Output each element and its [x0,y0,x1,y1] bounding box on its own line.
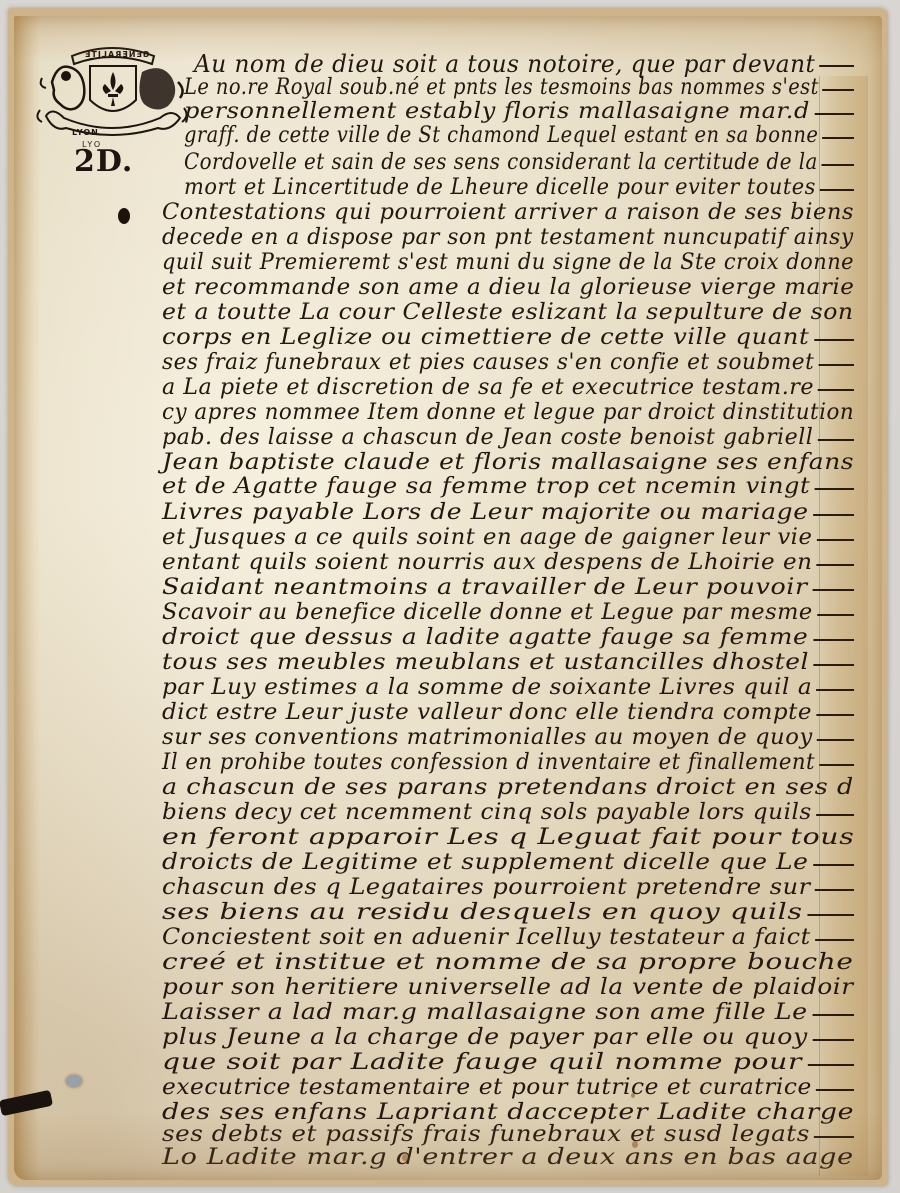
manuscript-line: dict estre Leur juste valleur donc elle … [162,700,812,725]
stamp-price: 2D. [74,144,133,179]
manuscript-line: ses fraiz funebraux et pies causes s'en … [162,350,814,375]
manuscript-line: Jean baptiste claude et floris mallasaig… [162,450,854,475]
manuscript-line: creé et institue et nomme de sa propre b… [162,950,853,975]
manuscript-line: corps en Leglize ou cimettiere de cette … [162,325,809,350]
manuscript-line: quil suit Premieremt s'est muni du signe… [162,250,854,275]
manuscript-line: ses biens au residu desquels en quoy qui… [162,900,803,925]
manuscript-line: personnellement estably floris mallasaig… [184,99,810,124]
manuscript-line: sur ses conventions matrimonialles au mo… [162,725,813,750]
manuscript-line: par Luy estimes a la somme de soixante L… [162,675,812,700]
manuscript-line: que soit par Ladite fauge quil nomme pou… [162,1050,802,1075]
manuscript-line: mort et Lincertitude de Lheure dicelle p… [184,175,816,200]
manuscript-line: et a toutte La cour Celleste eslizant la… [162,300,854,325]
manuscript-line: droict que dessus a ladite agatte fauge … [162,625,808,650]
manuscript-line: Le no.re Royal soub.né et pnts les tesmo… [184,75,819,100]
royal-tax-stamp: GENERALITE LYON LYO 2D. [32,42,192,192]
foxing-spot [631,1093,635,1098]
manuscript-line: Il en prohibe toutes confession d invent… [162,750,815,775]
manuscript-line: Saidant neantmoins a travailler de Leur … [162,575,808,600]
manuscript-line: Livres payable Lors de Leur majorite ou … [162,500,809,525]
manuscript-line: chascun des q Legataires pourroient pret… [162,875,811,900]
manuscript-line: graff. de cette ville de St chamond Lequ… [184,123,818,148]
manuscript-line: Contestations qui pourroient arriver a r… [162,200,854,225]
manuscript-line: et Jusques a ce quils soint en aage de g… [162,525,812,550]
manuscript-line: cy apres nommee Item donne et legue par … [162,400,854,425]
manuscript-line: et de Agatte fauge sa femme trop cet nce… [162,474,810,499]
stamp-banner-top-text: GENERALITE [84,50,150,59]
manuscript-line: Laisser a lad mar.g mallasaigne son ame … [162,1000,808,1025]
manuscript-line: entant quils soient nourris aux despens … [162,550,812,575]
manuscript-line: Au nom de dieu soit a tous notoire, que … [194,50,815,78]
manuscript-line: droicts de Legitime et supplement dicell… [162,850,808,875]
stamp-banner-bottom-text: LYON [72,128,99,137]
manuscript-line: tous ses meubles meublans et ustancilles… [162,650,809,675]
manuscript-line: plus Jeune a la charge de payer par elle… [162,1025,808,1050]
manuscript-page: GENERALITE LYON LYO 2D. Au nom de dieu s… [14,16,882,1180]
manuscript-line: pab. des laisse a chascun de Jean coste … [162,425,813,450]
manuscript-line: a La piete et discretion de sa fe et exe… [162,375,814,400]
manuscript-line: Conciestent soit en aduenir Icelluy test… [162,925,811,950]
manuscript-line: Scavoir au benefice dicelle donne et Leg… [162,600,813,625]
ink-blot [118,208,130,224]
manuscript-line: executrice testamentaire et pour tutrice… [162,1075,812,1100]
manuscript-line: et recommande son ame a dieu la glorieus… [162,275,854,300]
foxing-spot [402,1154,408,1161]
manuscript-line: Lo Ladite mar.g d'entrer a deux ans en b… [162,1145,854,1170]
manuscript-line: Cordovelle et sain de ses sens considera… [184,150,818,175]
manuscript-line: ses debts et passifs frais funebraux et … [162,1122,810,1147]
foxing-spot [632,1141,638,1148]
manuscript-line: en feront apparoir Les q Leguat fait pou… [162,825,854,850]
binding-hole [66,1075,82,1087]
manuscript-line: biens decy cet ncemment cinq sols payabl… [162,800,812,825]
manuscript-line: a chascun de ses parans pretendans droic… [162,775,854,800]
manuscript-line: pour son heritiere universelle ad la ven… [162,975,854,1000]
manuscript-line: decede en a dispose par son pnt testamen… [162,225,854,250]
